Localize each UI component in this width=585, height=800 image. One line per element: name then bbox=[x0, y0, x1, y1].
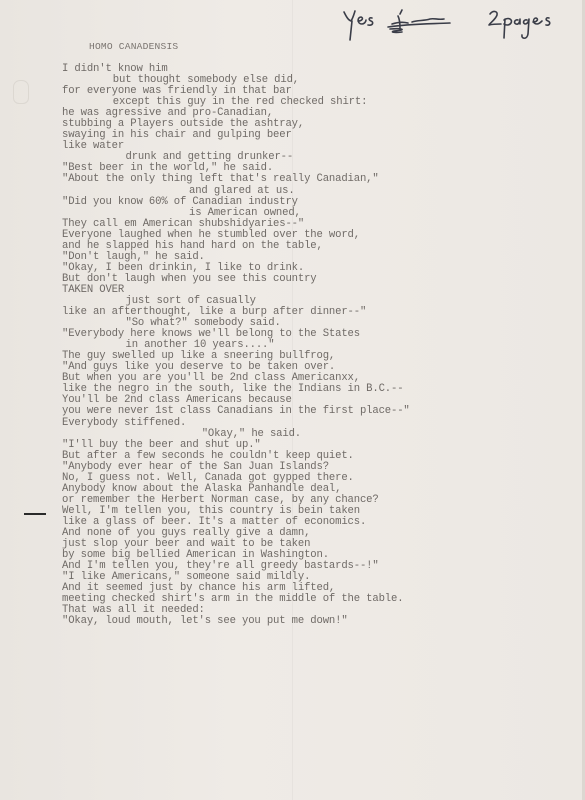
handwriting-scribble-icon bbox=[338, 2, 583, 44]
poem-line: swaying in his chair and gulping beer bbox=[62, 130, 562, 141]
poem-line: you were never 1st class Canadians in th… bbox=[62, 406, 562, 417]
poem-line: "About the only thing left that's really… bbox=[62, 174, 562, 185]
typewritten-page: Yes ~~(crossed out)~~ 2 pages bbox=[0, 0, 585, 800]
poem-line: "Okay," he said. bbox=[62, 429, 562, 440]
poem-body: I didn't know himbut thought somebody el… bbox=[62, 64, 562, 627]
poem-title: HOMO CANADENSIS bbox=[89, 41, 178, 52]
poem-line: Everybody stiffened. bbox=[62, 418, 562, 429]
poem-line: and glared at us. bbox=[62, 186, 562, 197]
poem-line: "I'll buy the beer and shut up." bbox=[62, 440, 562, 451]
margin-dash-mark bbox=[24, 513, 46, 515]
poem-line: "Did you know 60% of Canadian industry bbox=[62, 197, 562, 208]
margin-pencil-mark bbox=[13, 80, 29, 104]
handwritten-note: Yes ~~(crossed out)~~ 2 pages bbox=[338, 2, 583, 44]
poem-line: "Okay, loud mouth, let's see you put me … bbox=[62, 616, 562, 627]
poem-line: But don't laugh when you see this countr… bbox=[62, 274, 562, 285]
poem-line: is American owned, bbox=[62, 208, 562, 219]
